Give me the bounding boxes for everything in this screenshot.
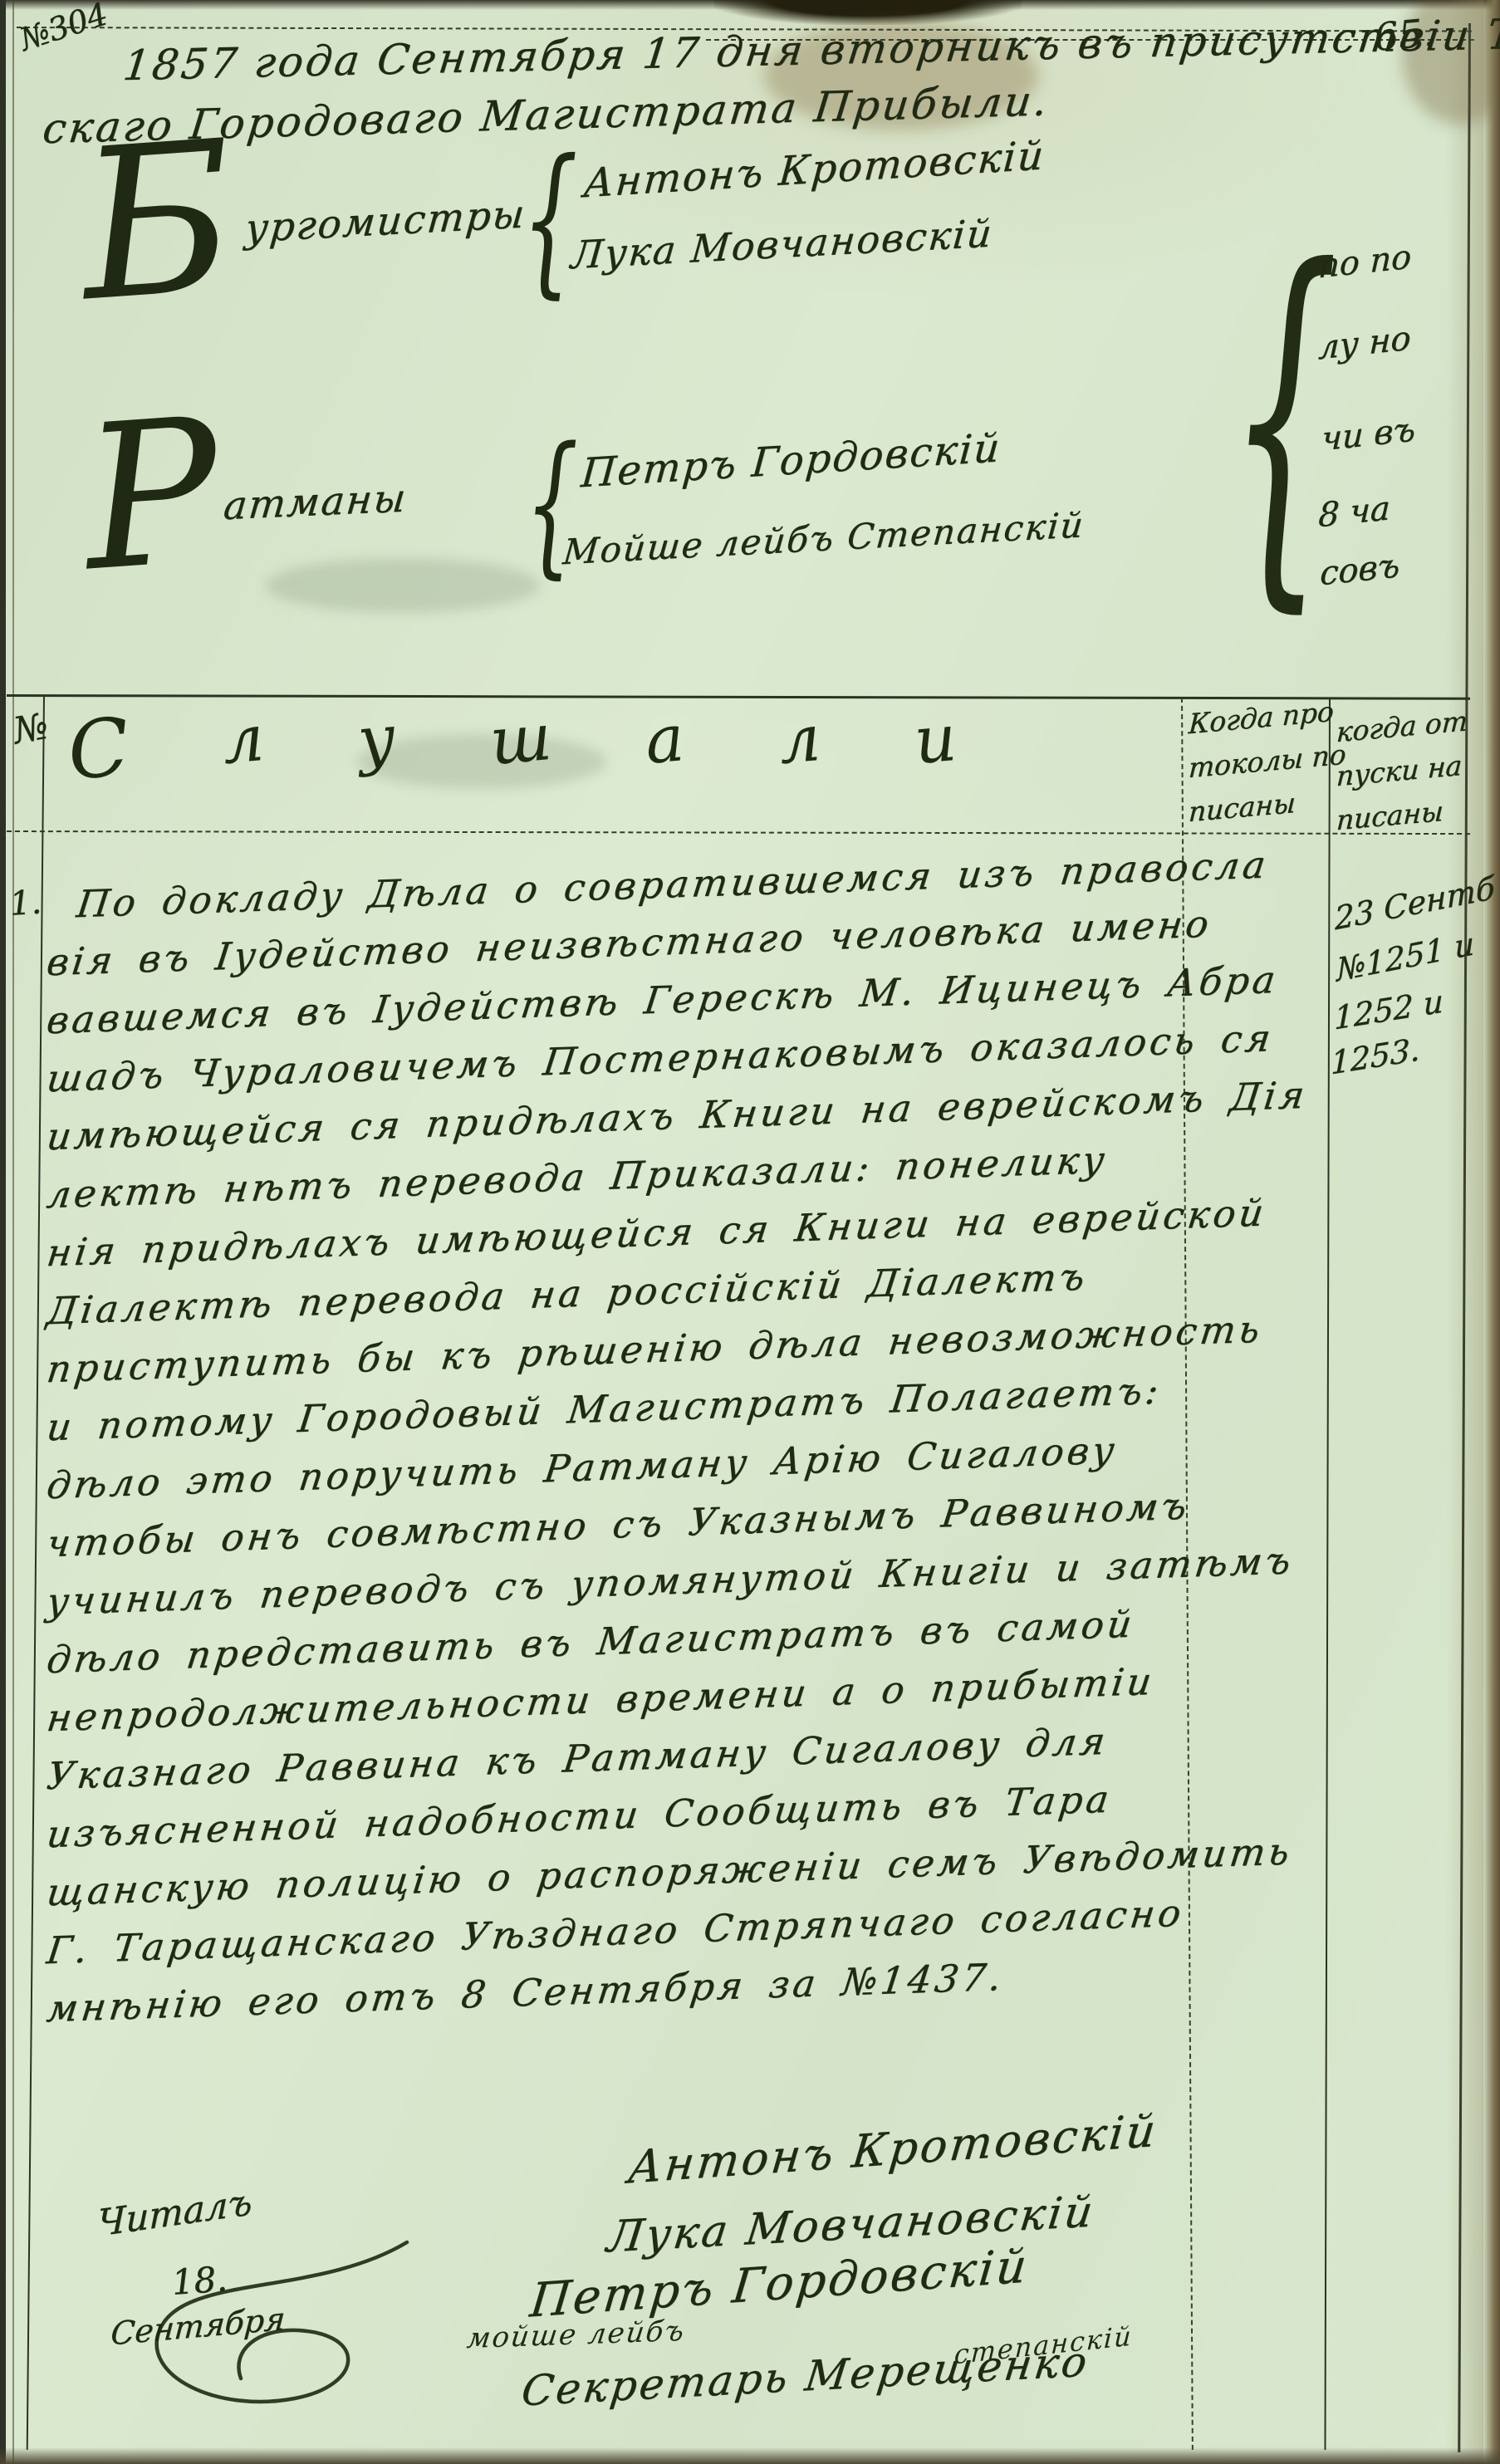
slushali-letter: л (776, 701, 825, 797)
col-header-line: пуски на (1336, 747, 1478, 792)
protocols-column-header: Когда про токолы по писаны (1189, 708, 1331, 828)
otpuski-note-line: 1252 и (1334, 982, 1444, 1036)
burgomaster-name-1: Антонъ Кротовскій (582, 132, 1047, 207)
flourish (125, 2232, 440, 2432)
right-edge-shade (1446, 0, 1483, 2464)
ratmans-dropcap: Р (76, 375, 227, 616)
ratmans-label: атманы (222, 475, 409, 529)
signature: Антонъ Кротовскій (625, 2104, 1160, 2193)
signature: мойше лейбъ (465, 2315, 688, 2355)
col-header-line: когда от (1336, 703, 1478, 748)
burgomasters-brace: { (522, 125, 578, 313)
otpuski-column-header: когда от пуски на писаны (1337, 716, 1478, 836)
time-note-line: совъ (1319, 546, 1400, 594)
otpuski-note-line: 1253. (1331, 1031, 1419, 1082)
ratman-name-2: Мойше лейбъ Степанскій (561, 504, 1086, 572)
burgomaster-name-2: Лука Мовчановскій (569, 210, 995, 277)
top-center-blotch (714, 0, 1022, 25)
ratman-name-1: Петръ Гордовскій (580, 424, 1003, 497)
right-edge-band (1482, 0, 1500, 2464)
col-header-line: Когда про (1188, 695, 1330, 740)
burgomasters-dropcap: Б (73, 96, 243, 347)
left-edge-line-inner (12, 0, 14, 2464)
col-header-line: писаны (1336, 791, 1478, 836)
slushali-letter: л (219, 701, 268, 797)
slushali-letter: а (643, 701, 689, 797)
time-note-line: 8 ча (1317, 489, 1390, 536)
num-column-divider (27, 696, 45, 2450)
slushali-letter: и (911, 701, 961, 797)
bottom-edge-band (0, 2447, 1500, 2464)
num-column-header: № (10, 705, 51, 752)
slushali-letter: у (355, 701, 400, 797)
col-header-line: токолы по (1188, 739, 1330, 784)
entry-item-number: 1. (8, 883, 42, 923)
table-top-rule (7, 694, 1470, 700)
table-header-bottom-rule (7, 830, 1470, 835)
bleed-mark (266, 558, 540, 613)
left-edge-line-outer (0, 0, 6, 2464)
slushali-header: С л у ш а л и (68, 703, 957, 796)
col-header-line: писаны (1188, 783, 1330, 828)
slushali-letter: ш (487, 700, 556, 798)
burgomasters-label: ургомистры (243, 191, 527, 252)
otpuski-column-divider (1324, 698, 1331, 2450)
slushali-letter: С (64, 700, 133, 798)
manuscript-page: №304 65. 1857 года Сентября 17 дня вторн… (0, 0, 1500, 2464)
